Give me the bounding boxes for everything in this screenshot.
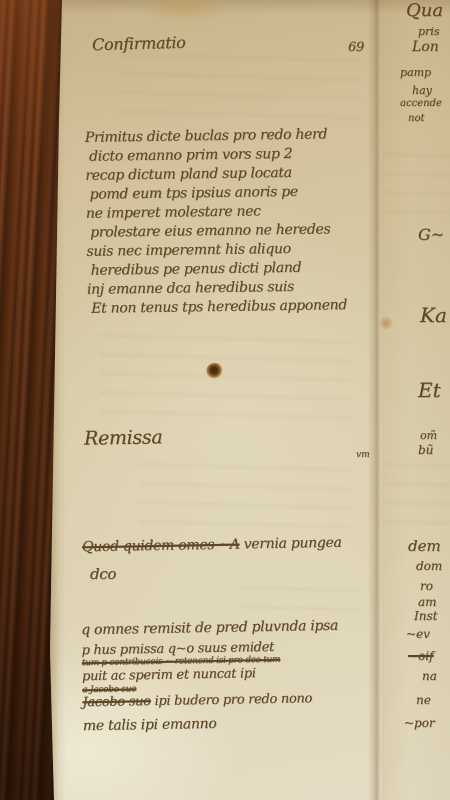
ink-bleed-through — [240, 575, 360, 615]
ink-bleed-through — [384, 140, 450, 220]
text-fragment: ~por — [404, 716, 435, 730]
text-fragment: ne — [416, 693, 431, 707]
text-fragment: not — [408, 113, 424, 124]
ink-bleed-through — [120, 55, 360, 120]
text-fragment: hay — [412, 84, 432, 97]
text-fragment: bũ — [418, 443, 433, 457]
struck-entry-second-line: dco — [90, 565, 116, 583]
manuscript-line: Et non tenus tps heredibus apponend — [91, 296, 347, 319]
manuscript-page: Confirmatio 69 Primitus dicte buclas pro… — [0, 0, 450, 800]
text-fragment: ~ev — [406, 627, 430, 641]
text-fragment: dem — [408, 537, 441, 555]
manuscript-photo: Confirmatio 69 Primitus dicte buclas pro… — [0, 0, 450, 800]
text-fragment: ro — [420, 579, 433, 593]
bottom-paragraph: q omnes remisit de pred pluvnda ipsap hu… — [81, 618, 340, 734]
wormhole — [206, 363, 224, 379]
manuscript-line: q omnes remisit de pred pluvnda ipsa — [81, 618, 338, 638]
text-fragment: dom — [416, 559, 442, 573]
text-fragment: Ka — [420, 303, 447, 327]
text-fragment: G~ — [418, 225, 444, 244]
text-fragment: ~oif — [408, 649, 434, 663]
text-fragment: Et — [418, 378, 441, 402]
manuscript-line: Jacobo suo ipi budero pro redo nono — [82, 691, 339, 710]
text-fragment: pris — [418, 25, 439, 38]
manuscript-line: prolestare eius emanno ne heredes — [90, 220, 346, 243]
text-fragment: vm — [356, 450, 370, 460]
text-fragment: am — [418, 595, 437, 609]
text-fragment: Qua — [406, 0, 443, 21]
ink-bleed-through — [140, 460, 350, 530]
struck-text: Quod quidem omes ~A — [82, 537, 240, 556]
text-fragment: om̃ — [420, 429, 437, 442]
manuscript-line: Primitus dicte buclas pro redo herd — [85, 125, 345, 148]
struck-entry-tail: vernia pungea — [239, 535, 341, 553]
ink-bleed-through — [384, 460, 450, 530]
folio-number: 69 — [348, 40, 364, 55]
entry-heading: Confirmatio — [92, 33, 186, 54]
manuscript-line: me talis ipi emanno — [83, 714, 340, 734]
struck-entry-line: Quod quidem omes ~A vernia pungea — [82, 535, 342, 556]
text-fragment: accende — [400, 98, 442, 109]
text-fragment: Inst — [414, 609, 437, 623]
main-paragraph: Primitus dicte buclas pro redo herddicto… — [85, 125, 347, 319]
struck-words: Jacobo suo — [82, 694, 150, 710]
text-fragment: na — [422, 669, 437, 683]
text-fragment: pamp — [400, 66, 431, 79]
section-word: Remissa — [84, 426, 163, 449]
text-fragment: Lon — [412, 39, 439, 55]
ink-bleed-through — [100, 330, 350, 420]
